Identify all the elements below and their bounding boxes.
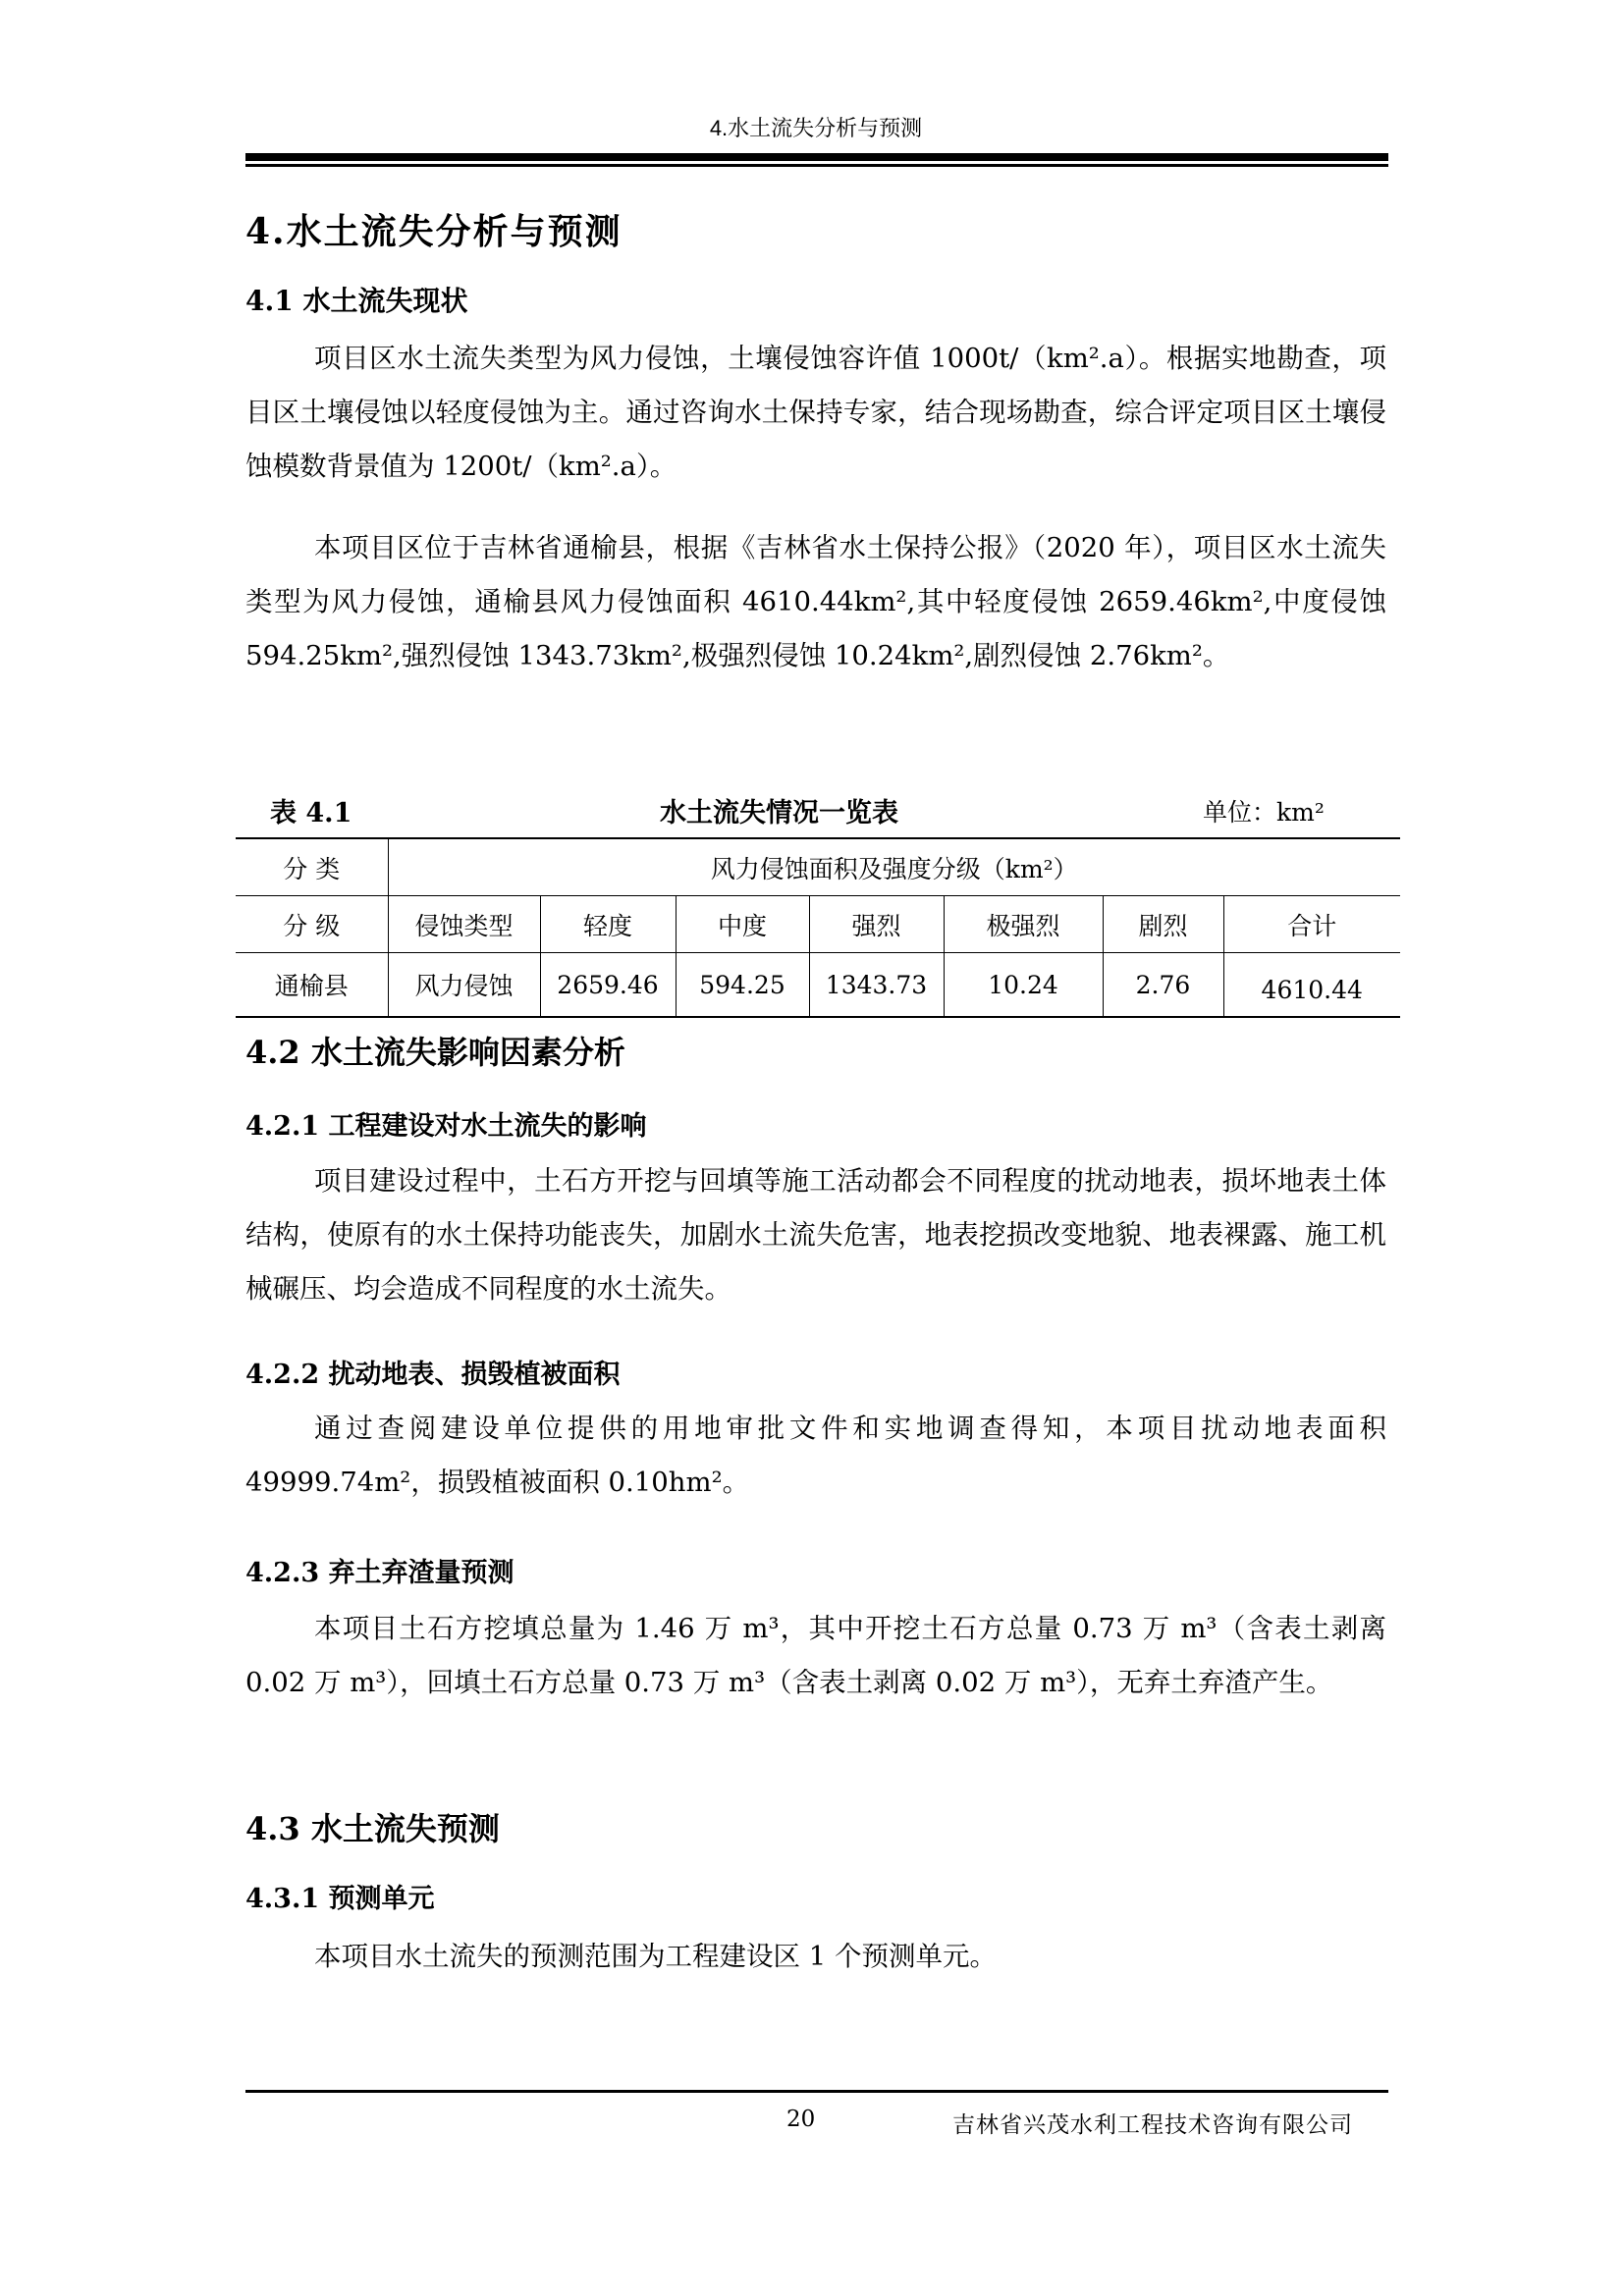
section-4-2-1-paragraph: 项目建设过程中，土石方开挖与回填等施工活动都会不同程度的扰动地表，损坏地表土体结… bbox=[245, 1154, 1386, 1316]
table-header-cell: 轻度 bbox=[540, 896, 676, 953]
table-row: 通榆县 风力侵蚀 2659.46 594.25 1343.73 10.24 2.… bbox=[236, 953, 1400, 1018]
table-header-cell: 合计 bbox=[1223, 896, 1400, 953]
section-4-2-title: 4.2 水土流失影响因素分析 bbox=[245, 1028, 625, 1073]
table-label: 表 4.1 bbox=[270, 791, 352, 829]
section-4-1-paragraph-2: 本项目区位于吉林省通榆县，根据《吉林省水土保持公报》（2020 年），项目区水土… bbox=[245, 521, 1386, 683]
table-header-cell: 极强烈 bbox=[944, 896, 1103, 953]
header-rule-thick bbox=[245, 153, 1388, 161]
chapter-title: 4.水土流失分析与预测 bbox=[245, 204, 623, 254]
section-4-2-3-paragraph: 本项目土石方挖填总量为 1.46 万 m³，其中开挖土石方总量 0.73 万 m… bbox=[245, 1602, 1386, 1710]
table-cell: 594.25 bbox=[676, 953, 809, 1018]
section-4-2-2-title: 4.2.2 扰动地表、损毁植被面积 bbox=[245, 1353, 621, 1391]
table-header-row: 分 级 侵蚀类型 轻度 中度 强烈 极强烈 剧烈 合计 bbox=[236, 896, 1400, 953]
table-row: 分 类 风力侵蚀面积及强度分级（km²） bbox=[236, 838, 1400, 896]
table-cell: 风力侵蚀面积及强度分级（km²） bbox=[388, 838, 1400, 896]
erosion-table: 分 类 风力侵蚀面积及强度分级（km²） 分 级 侵蚀类型 轻度 中度 强烈 极… bbox=[236, 837, 1400, 1018]
table-header-cell: 中度 bbox=[676, 896, 809, 953]
section-4-1-paragraph-1: 项目区水土流失类型为风力侵蚀，土壤侵蚀容许值 1000t/（km².a）。根据实… bbox=[245, 332, 1386, 494]
table-title: 水土流失情况一览表 bbox=[660, 791, 898, 829]
section-4-2-2-paragraph: 通过查阅建设单位提供的用地审批文件和实地调查得知，本项目扰动地表面积 49999… bbox=[245, 1402, 1386, 1510]
table-cell: 2659.46 bbox=[540, 953, 676, 1018]
section-4-3-title: 4.3 水土流失预测 bbox=[245, 1804, 500, 1849]
table-header-cell: 分 级 bbox=[236, 896, 388, 953]
section-4-2-3-title: 4.2.3 弃土弃渣量预测 bbox=[245, 1551, 514, 1589]
section-4-1-title: 4.1 水土流失现状 bbox=[245, 280, 467, 319]
section-4-3-1-title: 4.3.1 预测单元 bbox=[245, 1877, 435, 1915]
header-rule-thin bbox=[245, 164, 1388, 167]
table-cell: 10.24 bbox=[944, 953, 1103, 1018]
table-cell: 风力侵蚀 bbox=[388, 953, 540, 1018]
section-4-3-1-paragraph: 本项目水土流失的预测范围为工程建设区 1 个预测单元。 bbox=[245, 1930, 1386, 1984]
footer-rule bbox=[245, 2090, 1388, 2093]
table-cell: 4610.44 bbox=[1223, 953, 1400, 1018]
table-cell: 2.76 bbox=[1103, 953, 1223, 1018]
section-4-2-1-title: 4.2.1 工程建设对水土流失的影响 bbox=[245, 1104, 647, 1143]
table-cell: 分 类 bbox=[236, 838, 388, 896]
page-number: 20 bbox=[786, 2107, 815, 2132]
table-cell: 通榆县 bbox=[236, 953, 388, 1018]
table-header-cell: 侵蚀类型 bbox=[388, 896, 540, 953]
table-header-cell: 强烈 bbox=[809, 896, 944, 953]
footer-organization: 吉林省兴茂水利工程技术咨询有限公司 bbox=[952, 2107, 1353, 2139]
running-header: 4.水土流失分析与预测 bbox=[245, 112, 1386, 142]
table-unit: 单位：km² bbox=[1203, 793, 1325, 828]
table-header-cell: 剧烈 bbox=[1103, 896, 1223, 953]
table-cell: 1343.73 bbox=[809, 953, 944, 1018]
